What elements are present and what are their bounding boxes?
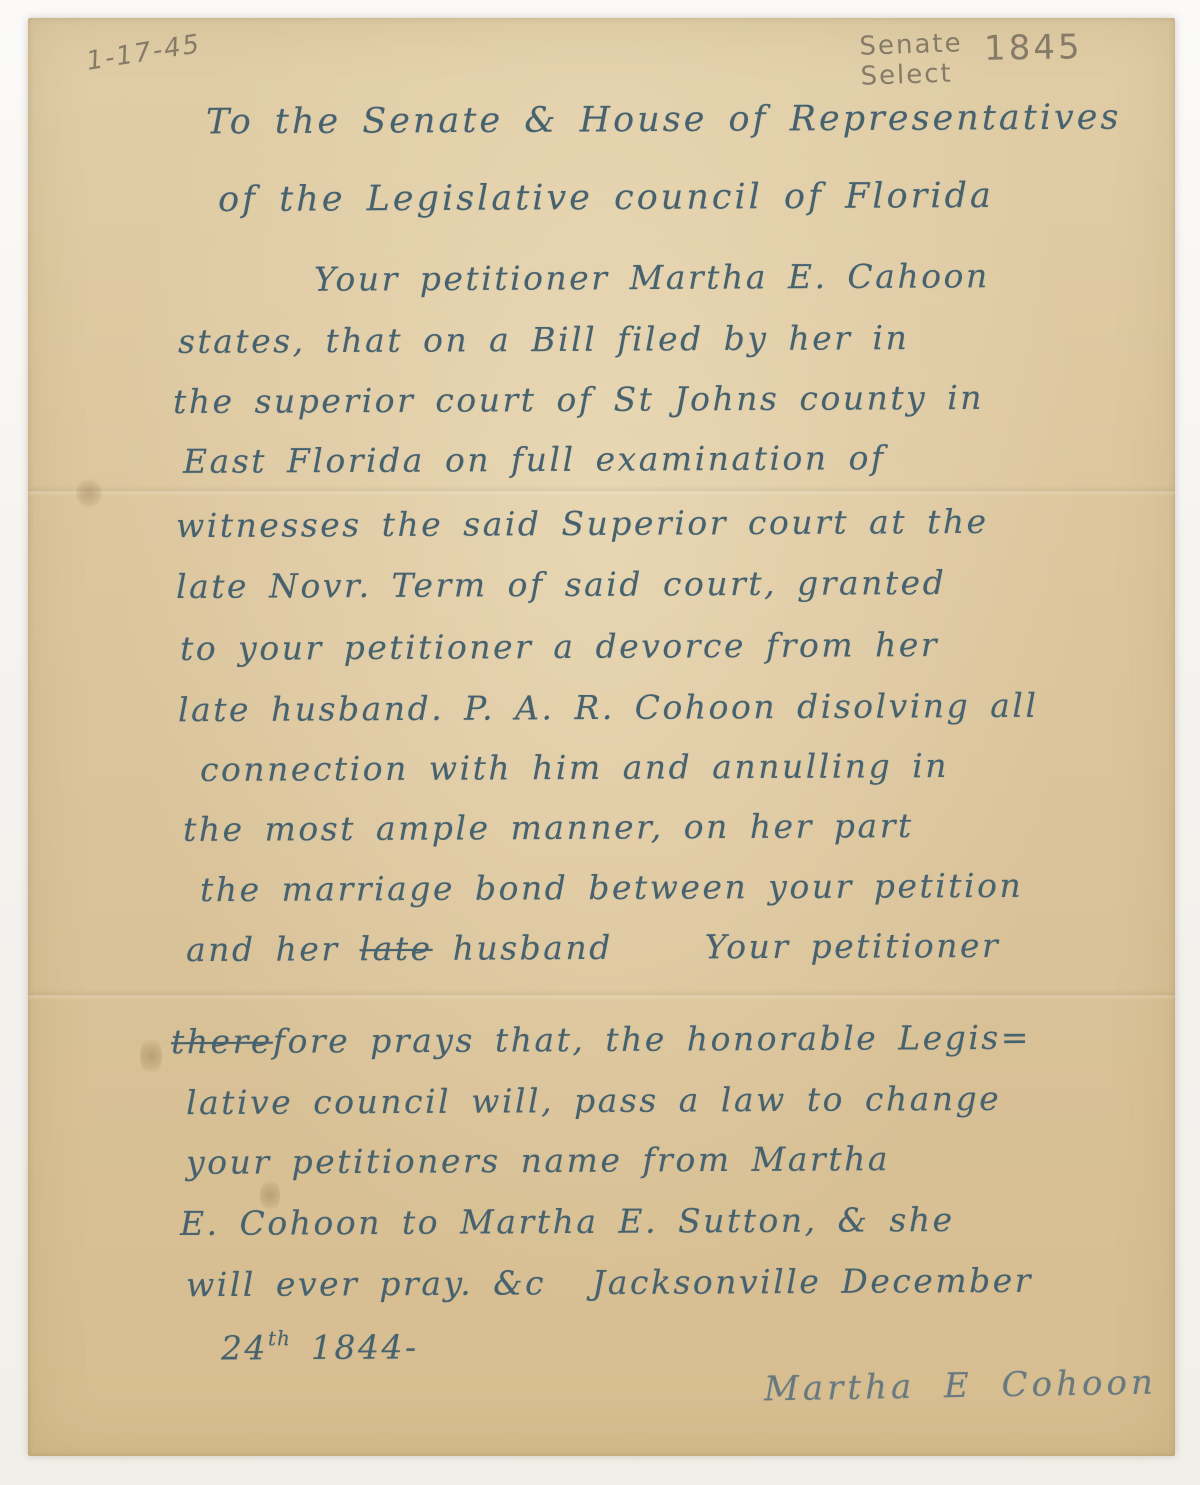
pencil-year: 1845: [984, 27, 1083, 69]
letter-line: connection with him and annulling in: [200, 746, 949, 789]
date-year: 1844-: [311, 1327, 419, 1367]
fold-crease-upper: [28, 486, 1175, 496]
pencil-select-word: Select: [860, 58, 964, 92]
dateline-place: Jacksonville December: [592, 1261, 1033, 1302]
letter-line: East Florida on full examination of: [183, 438, 886, 481]
ever-pray-phrase: will ever pray. &c: [186, 1263, 546, 1304]
letter-line: E. Cohoon to Martha E. Sutton, & she: [180, 1200, 955, 1243]
pencil-filing-code: 1-17-45: [84, 29, 203, 77]
prays-line-rest: fore prays that, the honorable Legis=: [273, 1018, 1031, 1061]
heading-line-2: of the Legislative council of Florida: [218, 176, 994, 220]
struck-word-there: there: [171, 1022, 273, 1062]
letter-line-prays: therefore prays that, the honorable Legi…: [171, 1018, 1031, 1062]
letter-line: late Novr. Term of said court, granted: [176, 563, 946, 606]
letter-line: witnesses the said Superior court at the: [176, 502, 989, 545]
heading-line-1: To the Senate & House of Representatives: [206, 98, 1122, 143]
letter-line: states, that on a Bill filed by her in: [178, 318, 909, 361]
date-day-suffix: th: [268, 1326, 291, 1350]
husband-line-post: husband: [453, 928, 613, 968]
pencil-senate-select-note: Senate Select: [859, 28, 964, 92]
letter-line-closing: will ever pray. &cJacksonville December: [186, 1261, 1033, 1304]
letter-line: the superior court of St Johns county in: [173, 378, 984, 421]
letter-line-husband: and her late husbandYour petitioner: [186, 926, 1000, 969]
your-petitioner-phrase: Your petitioner: [705, 926, 1001, 967]
scan-background: 1-17-45 Senate Select 1845 To the Senate…: [0, 0, 1200, 1485]
signature-martha-e-cohoon: Martha E Cohoon: [764, 1363, 1157, 1410]
paper-stain: [76, 478, 102, 508]
manuscript-page: 1-17-45 Senate Select 1845 To the Senate…: [28, 18, 1175, 1456]
letter-line: your petitioners name from Martha: [186, 1139, 890, 1182]
letter-line: to your petitioner a devorce from her: [180, 625, 939, 668]
letter-line-date: 24th 1844-: [221, 1325, 419, 1367]
fold-crease-lower: [28, 990, 1175, 1000]
letter-line: the most ample manner, on her part: [183, 806, 914, 849]
struck-word-late: late: [360, 929, 433, 968]
letter-line: lative council will, pass a law to chang…: [186, 1079, 1001, 1122]
date-day: 24: [221, 1328, 268, 1367]
husband-line-pre: and her: [186, 929, 340, 969]
letter-line: the marriage bond between your petition: [200, 866, 1023, 909]
letter-line: late husband. P. A. R. Cohoon disolving …: [178, 686, 1039, 730]
paper-stain: [140, 1036, 162, 1076]
letter-line: Your petitioner Martha E. Cahoon: [314, 256, 990, 299]
pencil-senate-word: Senate: [859, 28, 963, 62]
